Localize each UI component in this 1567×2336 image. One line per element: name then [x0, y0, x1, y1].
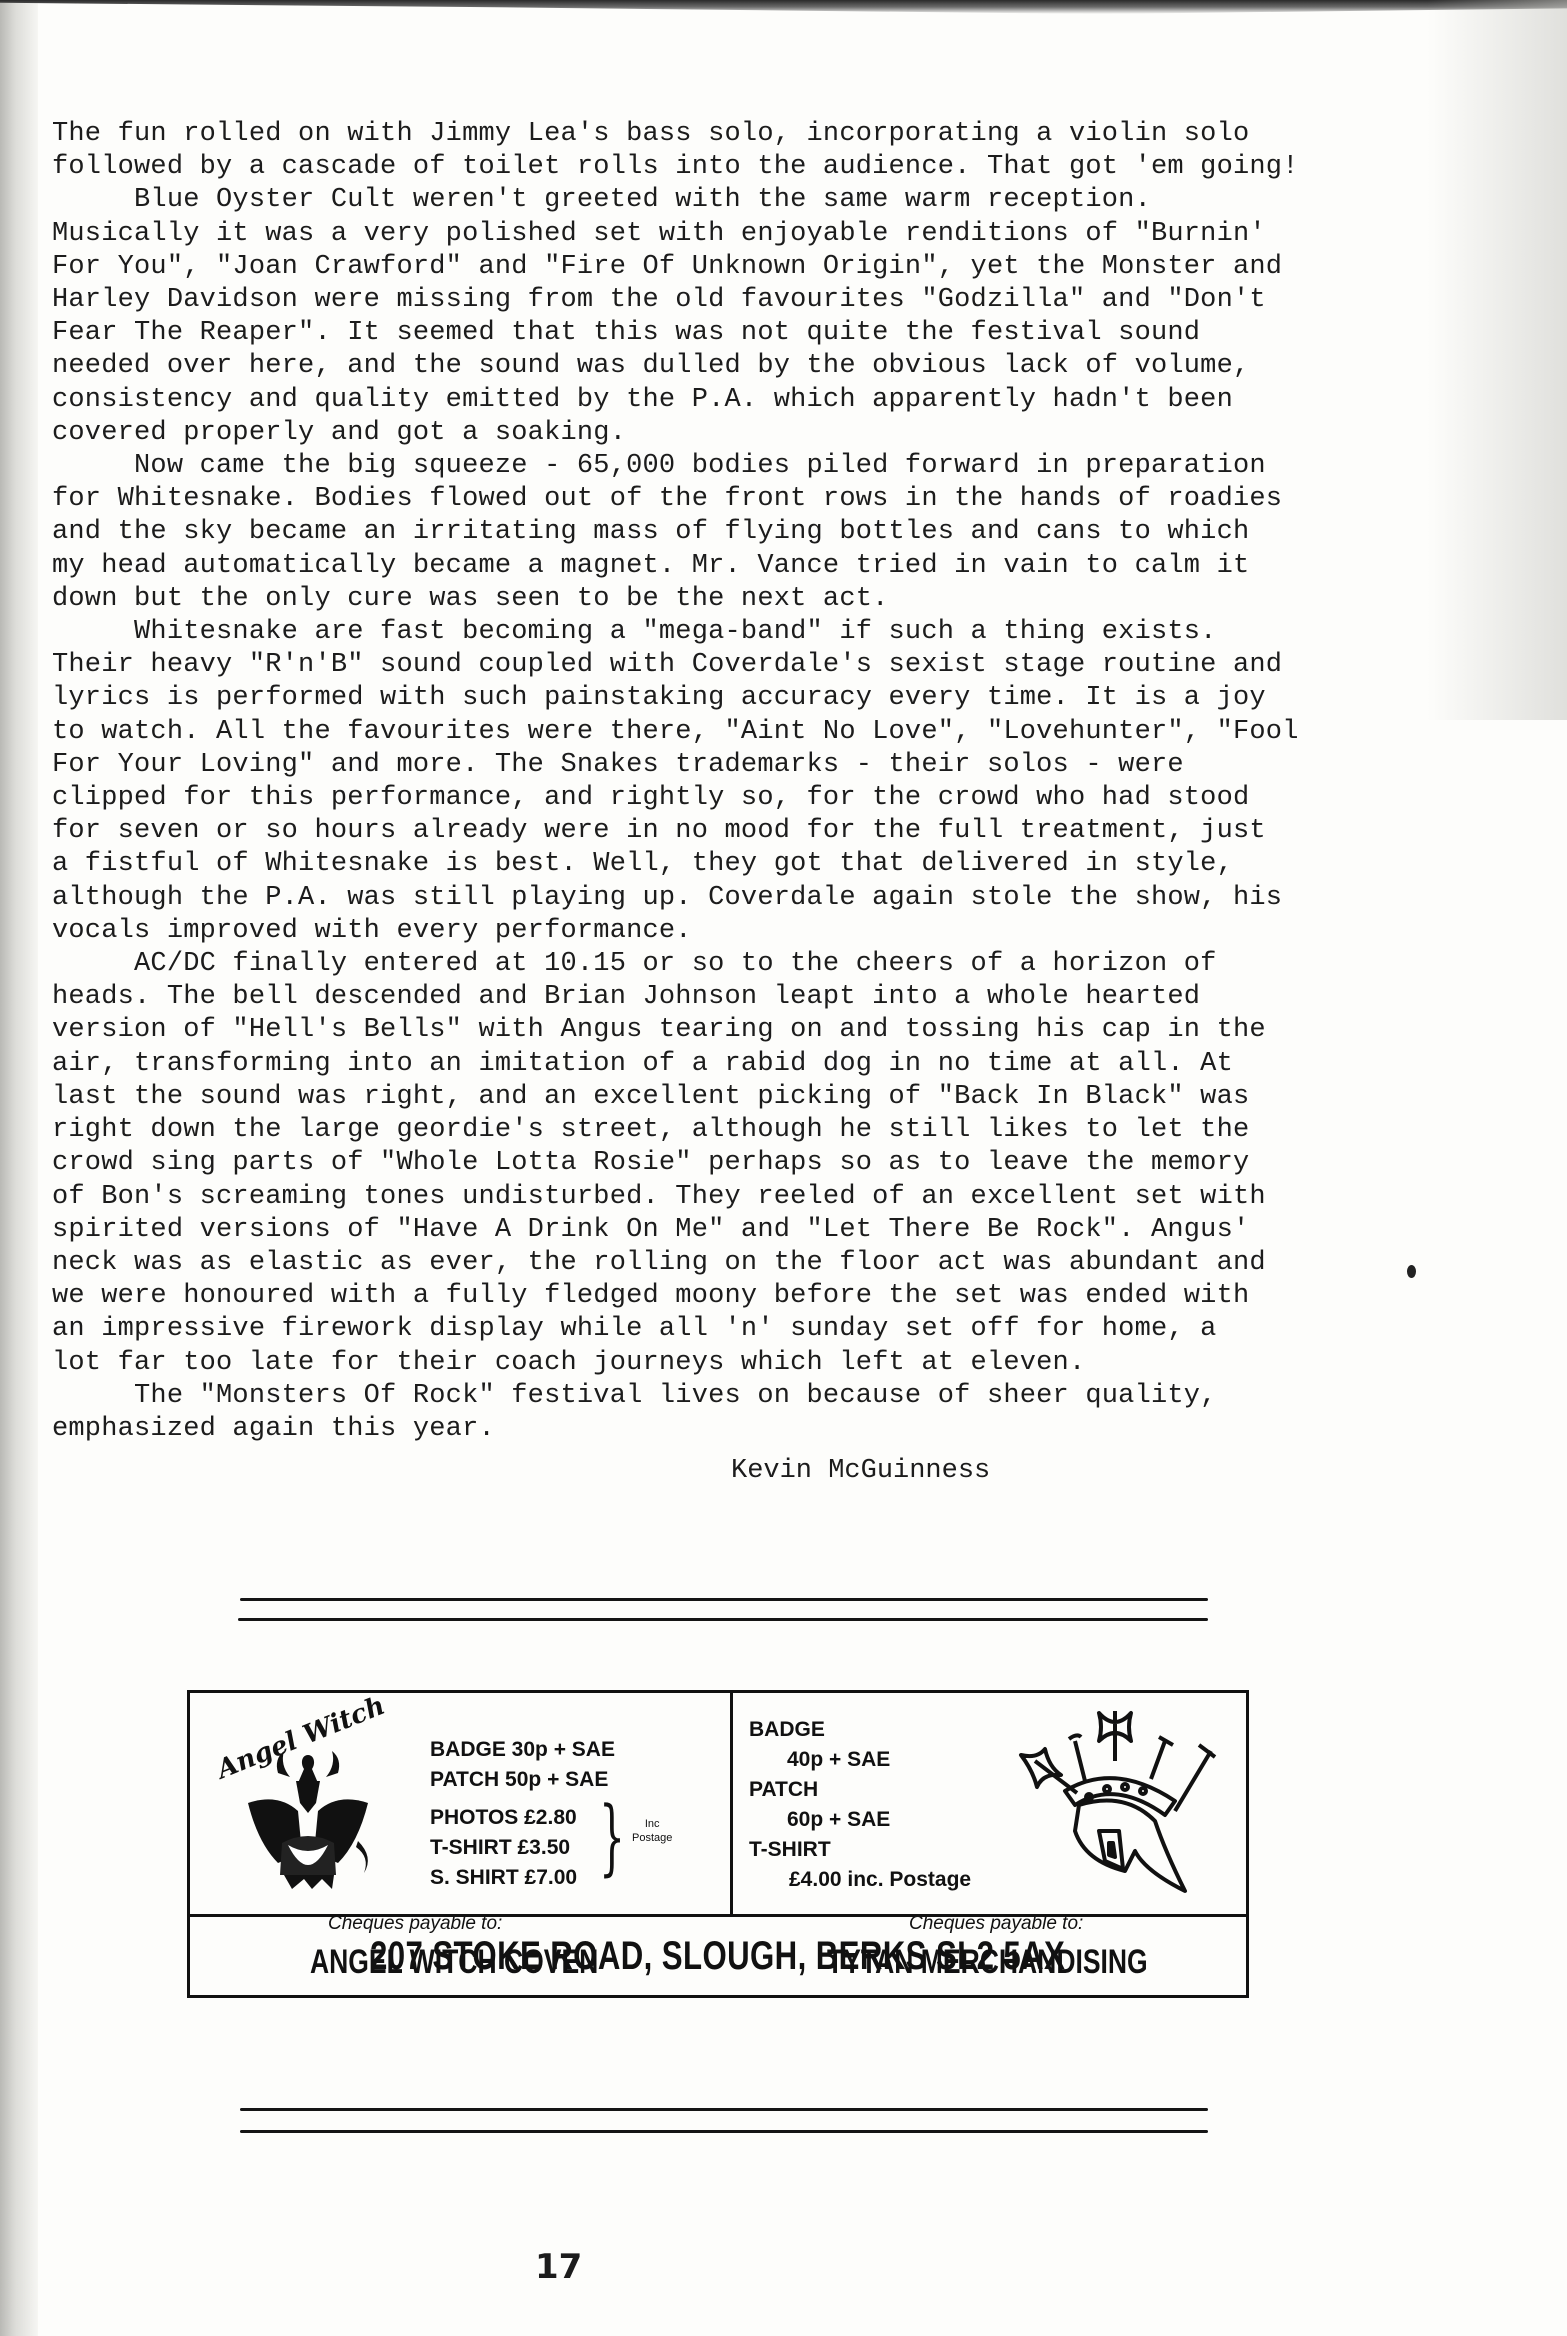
article-line: Now came the big squeeze - 65,000 bodies…	[52, 450, 1382, 483]
article-line: Blue Oyster Cult weren't greeted with th…	[52, 184, 1382, 217]
article-line: spirited versions of "Have A Drink On Me…	[52, 1214, 1382, 1247]
article-body: The fun rolled on with Jimmy Lea's bass …	[52, 118, 1382, 1446]
article-line: and the sky became an irritating mass of…	[52, 516, 1382, 549]
badge-price: 40p + SAE	[749, 1745, 971, 1775]
patch-price: 60p + SAE	[749, 1805, 971, 1835]
article-line: of Bon's screaming tones undisturbed. Th…	[52, 1181, 1382, 1214]
article-line: Whitesnake are fast becoming a "mega-ban…	[52, 616, 1382, 649]
sweatshirt-price: S. SHIRT £7.00	[430, 1863, 615, 1893]
article-line: consistency and quality emitted by the P…	[52, 384, 1382, 417]
article-line: For You", "Joan Crawford" and "Fire Of U…	[52, 251, 1382, 284]
divider-rule	[240, 2108, 1208, 2111]
article-line: to watch. All the favourites were there,…	[52, 716, 1382, 749]
tshirt-label: T-SHIRT	[749, 1835, 971, 1865]
article-line: air, transforming into an imitation of a…	[52, 1048, 1382, 1081]
article-line: covered properly and got a soaking.	[52, 417, 1382, 450]
article-line: lyrics is performed with such painstakin…	[52, 682, 1382, 715]
article-line: Harley Davidson were missing from the ol…	[52, 284, 1382, 317]
article-line: for seven or so hours already were in no…	[52, 815, 1382, 848]
article-line: lot far too late for their coach journey…	[52, 1347, 1382, 1380]
divider-rule	[240, 1598, 1208, 1601]
article-line: version of "Hell's Bells" with Angus tea…	[52, 1014, 1382, 1047]
article-line: needed over here, and the sound was dull…	[52, 350, 1382, 383]
page-right-shadow	[1427, 0, 1567, 720]
article-line: neck was as elastic as ever, the rolling…	[52, 1247, 1382, 1280]
page-top-shadow	[0, 0, 1567, 14]
article-line: Musically it was a very polished set wit…	[52, 218, 1382, 251]
patch-price: PATCH 50p + SAE	[430, 1765, 615, 1795]
merchandise-advert: Angel Witch BADGE 30p + SAE PATCH 50p + …	[187, 1690, 1249, 1998]
badge-price: BADGE 30p + SAE	[430, 1735, 615, 1765]
page-number: 17	[535, 2247, 582, 2287]
article-line: although the P.A. was still playing up. …	[52, 882, 1382, 915]
article-line: emphasized again this year.	[52, 1413, 1382, 1446]
inc-postage-note: Inc Postage	[632, 1817, 672, 1845]
address-row: 207 STOKE ROAD, SLOUGH, BERKS SL2 5AX	[190, 1914, 1246, 1995]
author-signature: Kevin McGuinness	[731, 1456, 990, 1486]
photos-price: PHOTOS £2.80	[430, 1803, 615, 1833]
tshirt-price: £4.00 inc. Postage	[749, 1865, 971, 1895]
article-line: vocals improved with every performance.	[52, 915, 1382, 948]
article-line: we were honoured with a fully fledged mo…	[52, 1280, 1382, 1313]
patch-label: PATCH	[749, 1775, 971, 1805]
article-line: right down the large geordie's street, a…	[52, 1114, 1382, 1147]
inc-label: Inc	[632, 1817, 672, 1831]
article-line: Their heavy "R'n'B" sound coupled with C…	[52, 649, 1382, 682]
ink-speck	[1407, 1265, 1416, 1278]
divider-rule	[240, 2130, 1208, 2133]
article-line: clipped for this performance, and rightl…	[52, 782, 1382, 815]
article-line: For Your Loving" and more. The Snakes tr…	[52, 749, 1382, 782]
tshirt-price: T-SHIRT £3.50	[430, 1833, 615, 1863]
article-line: for Whitesnake. Bodies flowed out of the…	[52, 483, 1382, 516]
article-line: heads. The bell descended and Brian John…	[52, 981, 1382, 1014]
article-line: an impressive firework display while all…	[52, 1313, 1382, 1346]
article-line: last the sound was right, and an excelle…	[52, 1081, 1382, 1114]
brace-icon: }	[599, 1797, 625, 1879]
article-line: crowd sing parts of "Whole Lotta Rosie" …	[52, 1147, 1382, 1180]
angel-witch-panel: Angel Witch BADGE 30p + SAE PATCH 50p + …	[190, 1693, 733, 1917]
article-line: down but the only cure was seen to be th…	[52, 583, 1382, 616]
tytan-helmet-axes-icon	[1015, 1701, 1225, 1901]
baphomet-goat-icon	[218, 1733, 398, 1893]
tytan-panel: BADGE 40p + SAE PATCH 60p + SAE T-SHIRT …	[733, 1693, 1246, 1917]
article-line: The "Monsters Of Rock" festival lives on…	[52, 1380, 1382, 1413]
badge-label: BADGE	[749, 1715, 971, 1745]
article-line: a fistful of Whitesnake is best. Well, t…	[52, 848, 1382, 881]
article-line: AC/DC finally entered at 10.15 or so to …	[52, 948, 1382, 981]
article-line: followed by a cascade of toilet rolls in…	[52, 151, 1382, 184]
article-line: my head automatically became a magnet. M…	[52, 550, 1382, 583]
page-binding-shadow	[0, 0, 38, 2336]
article-line: Fear The Reaper". It seemed that this wa…	[52, 317, 1382, 350]
divider-rule	[238, 1618, 1208, 1621]
article-line: The fun rolled on with Jimmy Lea's bass …	[52, 118, 1382, 151]
postage-label: Postage	[632, 1831, 672, 1845]
mailing-address: 207 STOKE ROAD, SLOUGH, BERKS SL2 5AX	[370, 1934, 1065, 1979]
